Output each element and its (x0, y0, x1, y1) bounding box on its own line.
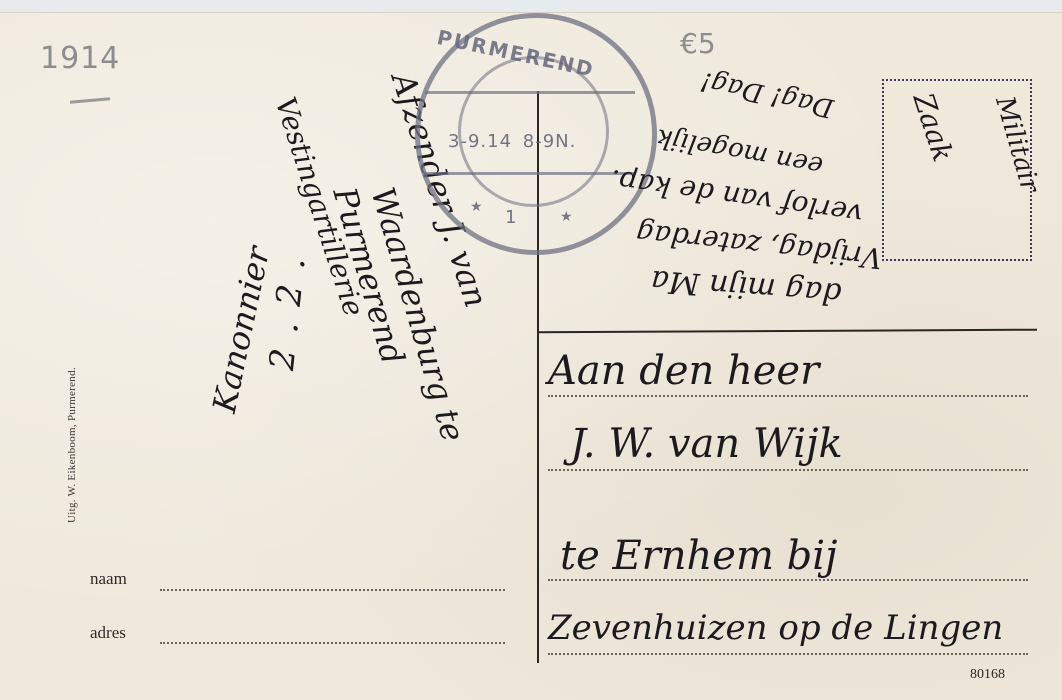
postmark-time-value: 8-9N. (523, 131, 577, 152)
address-line-2: J. W. van Wijk (570, 421, 843, 467)
address-dotted-line-2 (548, 469, 1028, 471)
postmark-office-number: 1 (505, 207, 516, 228)
pencil-underline (70, 97, 110, 103)
serial-number: 80168 (970, 667, 1005, 683)
message-separator-line (537, 329, 1037, 334)
naam-label: naam (90, 569, 127, 589)
adres-field-line (160, 642, 505, 644)
postcard-back: 1914 €5 Uitg. W. Eikenboom, Purmerend. K… (0, 12, 1062, 700)
adres-label: adres (90, 623, 126, 643)
pencil-price-note: €5 (680, 27, 716, 60)
postmark-star-left-icon: ★ (470, 199, 483, 216)
address-dotted-line-4 (548, 653, 1028, 655)
address-line-3: te Ernhem bij (560, 533, 837, 579)
address-line-4: Zevenhuizen op de Lingen (548, 608, 1003, 648)
upside-down-line-5: Dag! Dag! (698, 66, 836, 123)
address-line-1: Aan den heer (548, 348, 819, 394)
upside-down-line-1: dag mijn Ma (650, 263, 843, 311)
postmark-star-right-icon: ★ (560, 209, 573, 226)
naam-field-line (160, 589, 505, 591)
postmark-date: 3-9.14 8-9N. (448, 131, 576, 152)
publisher-imprint: Uitg. W. Eikenboom, Purmerend. (66, 367, 78, 523)
address-dotted-line-3 (548, 579, 1028, 581)
address-dotted-line-1 (548, 395, 1028, 397)
postmark-date-value: 3-9.14 (448, 131, 512, 152)
pencil-year-note: 1914 (40, 41, 120, 76)
